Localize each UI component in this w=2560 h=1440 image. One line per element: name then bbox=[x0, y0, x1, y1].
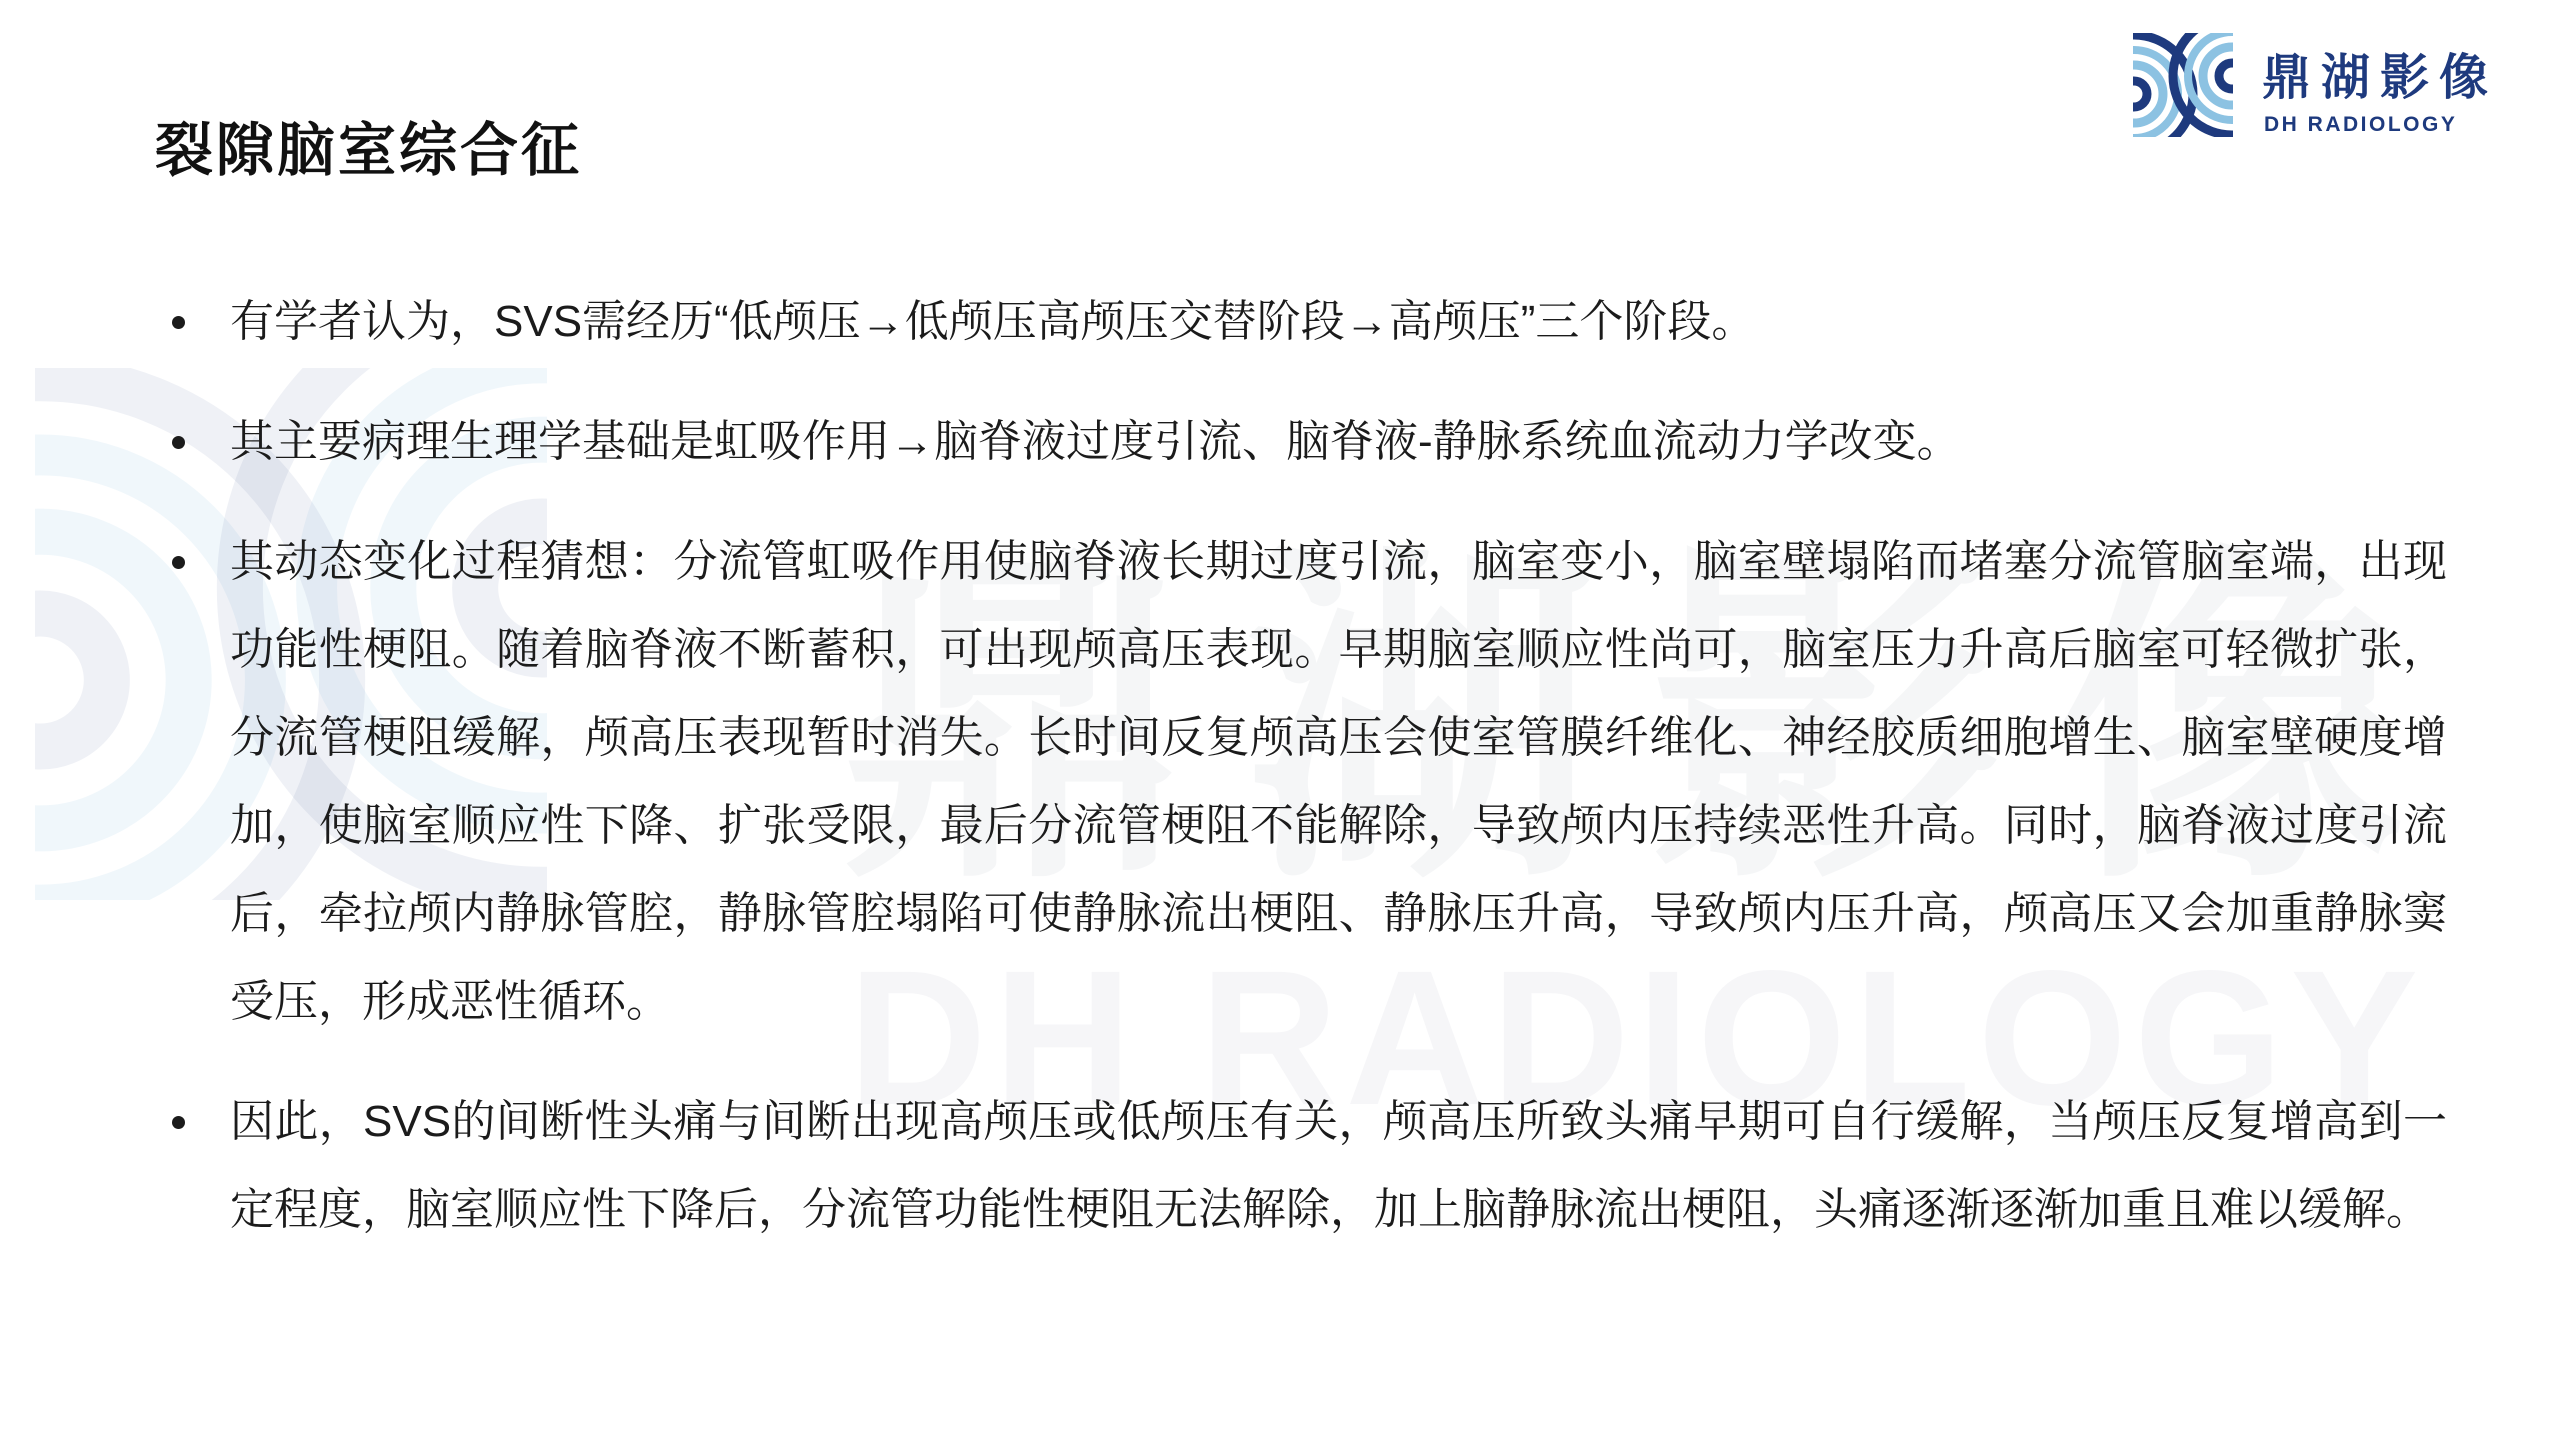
bullet-item: 其动态变化过程猜想：分流管虹吸作用使脑脊液长期过度引流，脑室变小，脑室壁塌陷而堵… bbox=[165, 518, 2447, 1046]
logo-name-zh: 鼎湖影像 bbox=[2262, 54, 2498, 103]
dh-radiology-logo-icon bbox=[2133, 33, 2233, 137]
page-title: 裂隙脑室综合征 bbox=[155, 118, 582, 185]
bullet-list: 有学者认为，SVS需经历“低颅压→低颅压高颅压交替阶段→高颅压”三个阶段。 其主… bbox=[165, 278, 2447, 1254]
bullet-item: 有学者认为，SVS需经历“低颅压→低颅压高颅压交替阶段→高颅压”三个阶段。 bbox=[165, 278, 2447, 366]
bullet-item: 因此，SVS的间断性头痛与间断出现高颅压或低颅压有关，颅高压所致头痛早期可自行缓… bbox=[165, 1078, 2447, 1254]
logo-name-en: DH RADIOLOGY bbox=[2264, 114, 2457, 135]
bullet-item: 其主要病理生理学基础是虹吸作用→脑脊液过度引流、脑脊液-静脉系统血流动力学改变。 bbox=[165, 398, 2447, 486]
slide: 鼎湖影像 DH RADIOLOGY 鼎湖影像 DH RADIOLOGY 裂隙脑室… bbox=[0, 0, 2560, 1440]
